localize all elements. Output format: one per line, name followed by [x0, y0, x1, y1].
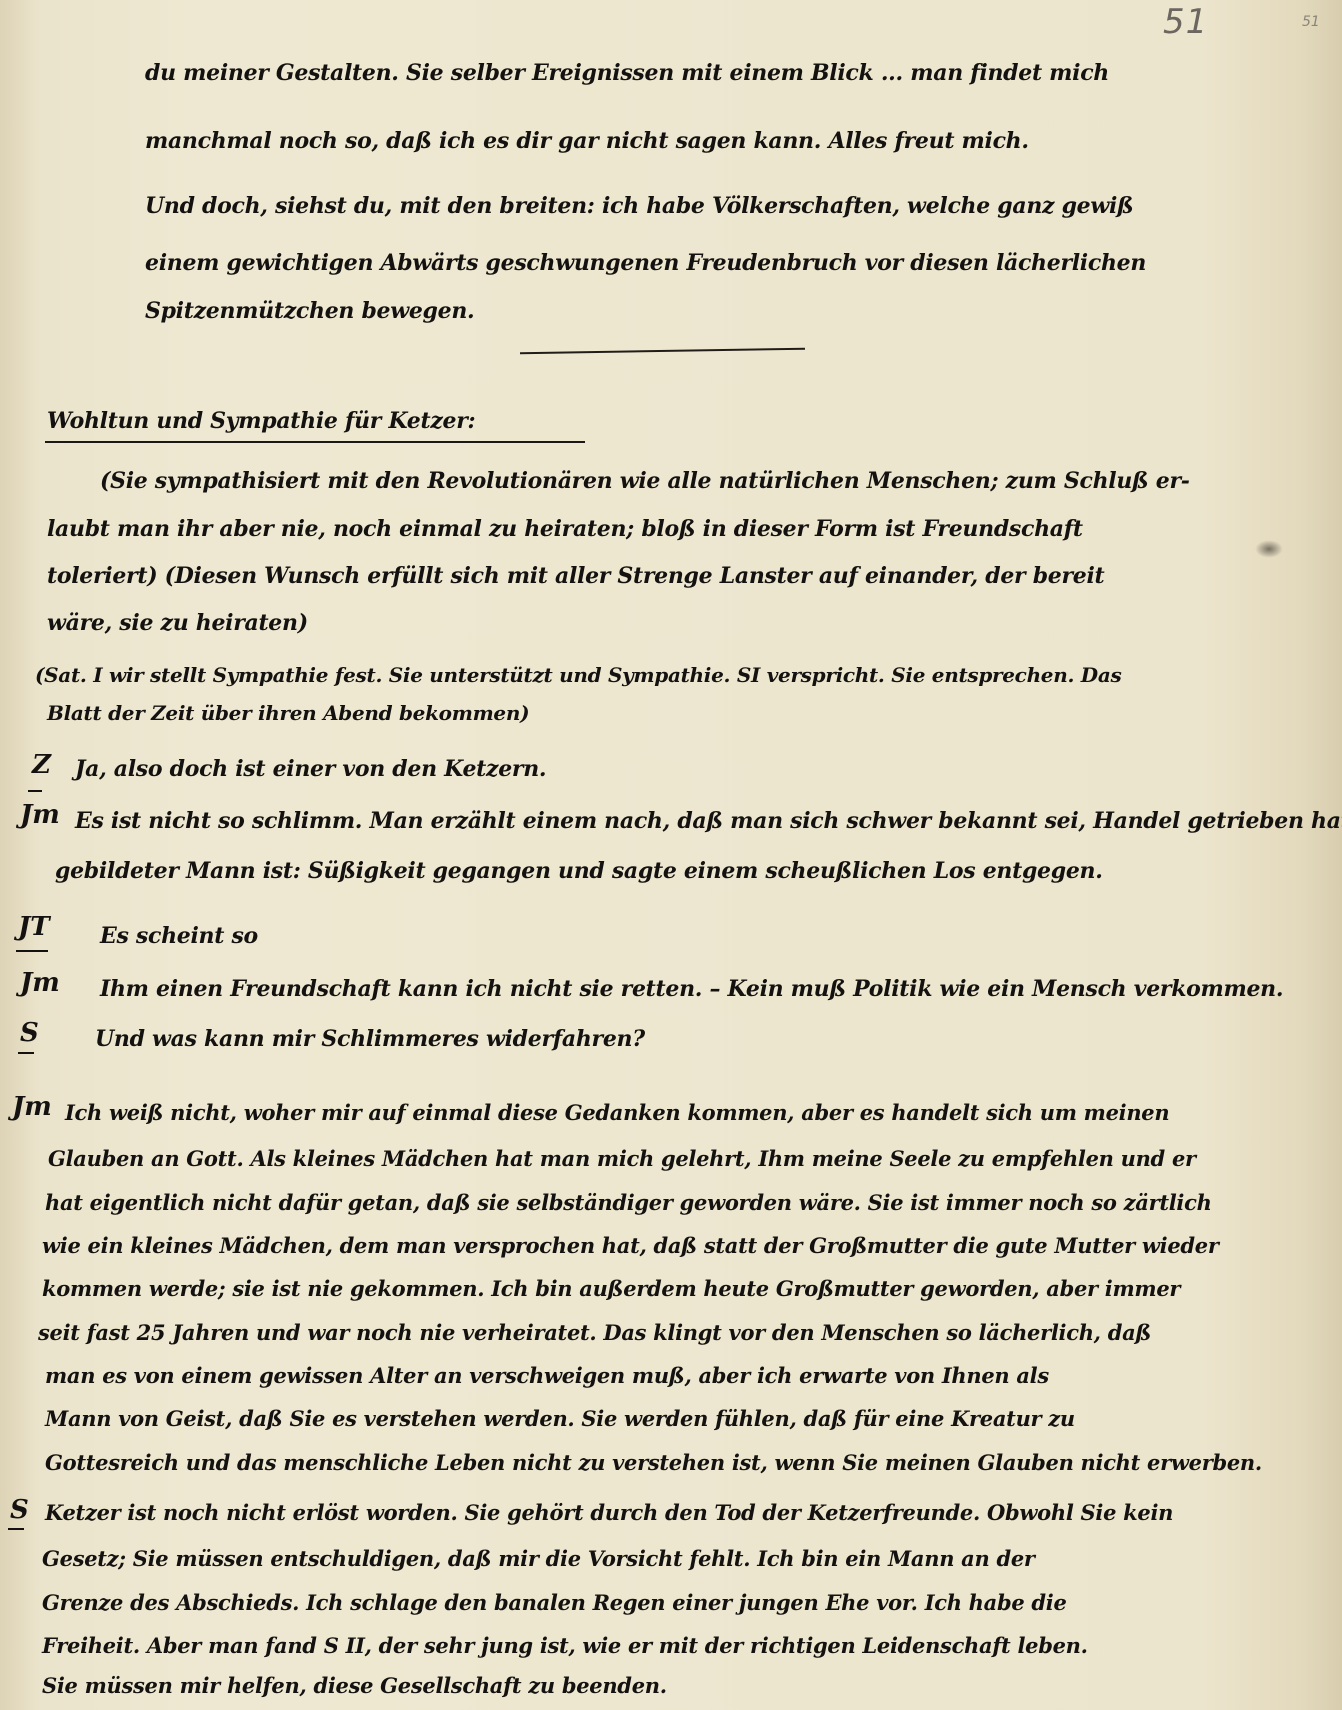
dialogue-line: Mann von Geist, daß Sie es verstehen wer…: [45, 1408, 1075, 1429]
stage-note-line: (Sie sympathisiert mit den Revolutionäre…: [100, 470, 1190, 492]
dialogue-line: Ja, also doch ist einer von den Ketzern.: [75, 758, 546, 780]
stage-note-line: Blatt der Zeit über ihren Abend bekommen…: [47, 703, 529, 723]
speaker-underline: [18, 1052, 34, 1054]
speaker-underline: [8, 1528, 24, 1530]
paragraph-line: einem gewichtigen Abwärts geschwungenen …: [145, 252, 1146, 274]
manuscript-page: 51 51 du meiner Gestalten. Sie selber Er…: [0, 0, 1342, 1710]
section-divider: [520, 348, 805, 354]
stage-note-line: (Sat. I wir stellt Sympathie fest. Sie u…: [35, 665, 1121, 685]
stage-note-line: laubt man ihr aber nie, noch einmal zu h…: [47, 518, 1083, 540]
paragraph-line: manchmal noch so, daß ich es dir gar nic…: [145, 130, 1029, 152]
speaker-label: Jm: [20, 968, 60, 998]
paragraph-line: Spitzenmützchen bewegen.: [145, 300, 474, 322]
dialogue-line: Es scheint so: [100, 925, 258, 947]
speaker-label: Jm: [20, 800, 60, 830]
dialogue-line: wie ein kleines Mädchen, dem man verspro…: [42, 1235, 1219, 1256]
dialogue-line: Ich weiß nicht, woher mir auf einmal die…: [65, 1102, 1169, 1123]
stage-note-line: toleriert) (Diesen Wunsch erfüllt sich m…: [47, 565, 1104, 587]
dialogue-line: Freiheit. Aber man fand S II, der sehr j…: [42, 1635, 1088, 1656]
dialogue-line: kommen werde; sie ist nie gekommen. Ich …: [42, 1278, 1180, 1299]
speaker-label: S: [10, 1495, 29, 1525]
speaker-underline: [16, 950, 48, 952]
dialogue-line: Gottesreich und das menschliche Leben ni…: [45, 1452, 1262, 1473]
dialogue-line: Sie müssen mir helfen, diese Gesellschaf…: [42, 1675, 667, 1696]
paragraph-line: du meiner Gestalten. Sie selber Ereignis…: [145, 62, 1109, 84]
dialogue-line: Grenze des Abschieds. Ich schlage den ba…: [42, 1592, 1067, 1613]
dialogue-line: seit fast 25 Jahren und war noch nie ver…: [38, 1322, 1151, 1343]
dialogue-line: Und was kann mir Schlimmeres widerfahren…: [95, 1028, 645, 1050]
paragraph-line: Und doch, siehst du, mit den breiten: ic…: [145, 195, 1133, 217]
section-heading: Wohltun und Sympathie für Ketzer:: [47, 410, 475, 432]
speaker-label: JT: [18, 912, 50, 942]
ink-smudge: [1255, 540, 1283, 558]
page-number: 51: [1163, 2, 1208, 42]
dialogue-line: man es von einem gewissen Alter an versc…: [45, 1365, 1049, 1386]
dialogue-line: Es ist nicht so schlimm. Man erzählt ein…: [75, 810, 1342, 832]
heading-underline: [45, 441, 585, 443]
speaker-underline: [28, 790, 42, 792]
speaker-label: Jm: [12, 1092, 52, 1122]
speaker-label: Z: [32, 750, 51, 780]
dialogue-line: hat eigentlich nicht dafür getan, daß si…: [45, 1192, 1212, 1213]
dialogue-line: Glauben an Gott. Als kleines Mädchen hat…: [48, 1148, 1196, 1169]
speaker-label: S: [20, 1018, 39, 1048]
page-number-pencil: 51: [1302, 14, 1320, 30]
dialogue-line: Ihm einen Freundschaft kann ich nicht si…: [100, 978, 1283, 1000]
dialogue-line: Ketzer ist noch nicht erlöst worden. Sie…: [45, 1502, 1173, 1523]
stage-note-line: wäre, sie zu heiraten): [47, 612, 308, 634]
dialogue-line: gebildeter Mann ist: Süßigkeit gegangen …: [55, 860, 1103, 882]
dialogue-line: Gesetz; Sie müssen entschuldigen, daß mi…: [42, 1548, 1035, 1569]
